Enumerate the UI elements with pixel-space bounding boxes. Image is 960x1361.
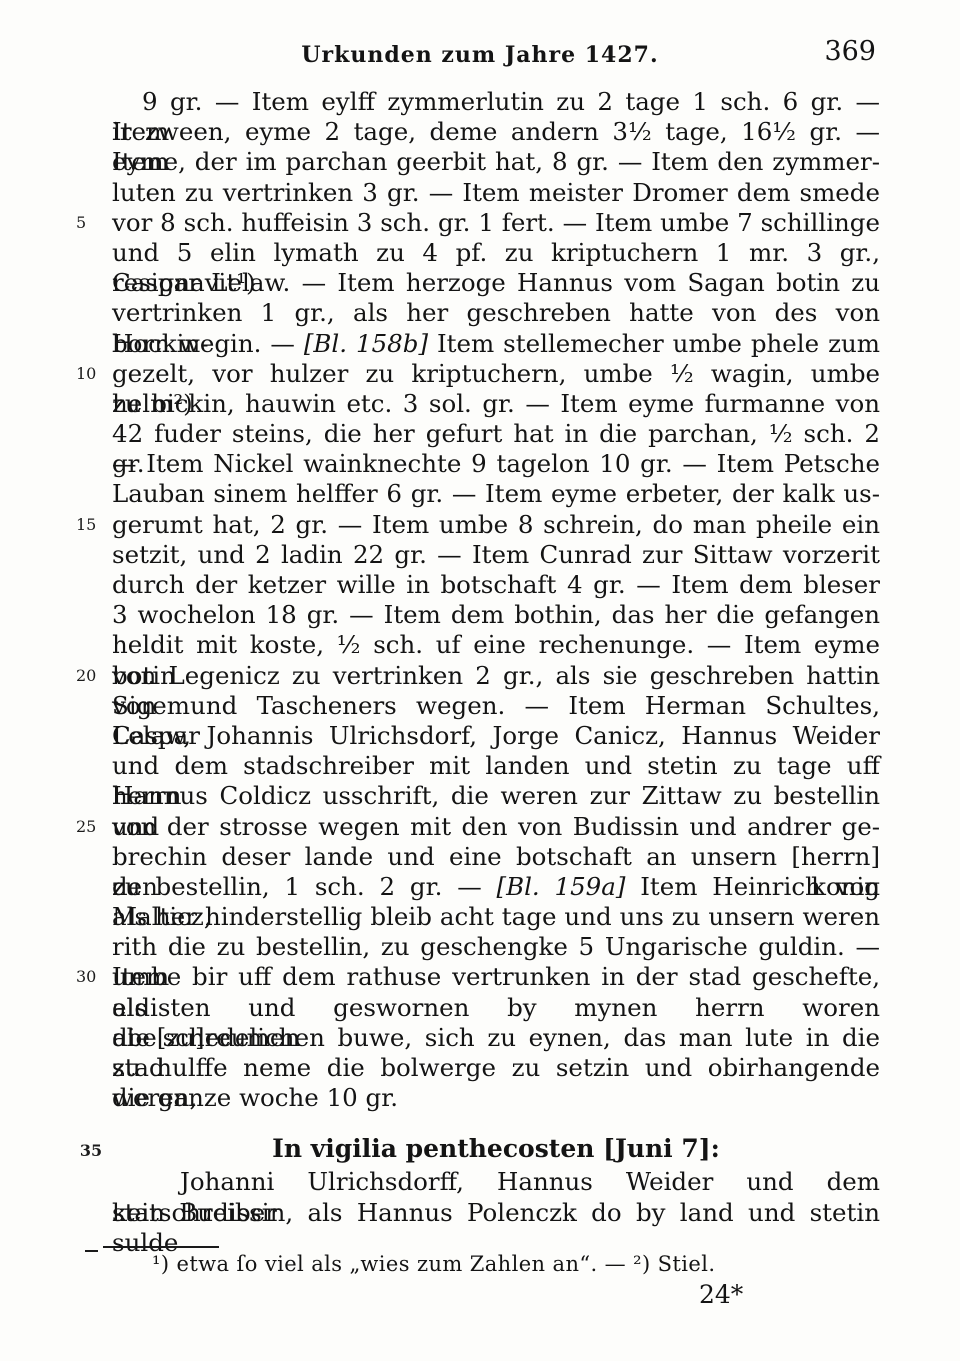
text-line: brechin deser lande und eine botschaft a… xyxy=(112,842,880,872)
section-heading: 35In vigilia penthecosten [Juni 7]: xyxy=(112,1131,880,1167)
margin-line-number: 15 xyxy=(76,510,106,540)
text-segment: born wegin. — xyxy=(112,329,304,358)
text-line: 15gerumt hat, 2 gr. — Item umbe 8 schrei… xyxy=(112,510,880,540)
text-segment: von der strosse wegen mit den von Budiss… xyxy=(112,812,880,841)
text-segment: Lauban sinem helffer 6 gr. — Item eyme e… xyxy=(112,479,880,508)
margin-line-number: 5 xyxy=(76,208,106,238)
text-line: als her hinderstellig bleib acht tage un… xyxy=(112,902,880,932)
folio-reference: [Bl. 159a] xyxy=(497,872,626,901)
signature-mark: 24* xyxy=(699,1280,743,1309)
text-line: ir zween, eyme 2 tage, deme andern 3½ ta… xyxy=(112,117,880,147)
text-line: Sigemund Tascheners wegen. — Item Herman… xyxy=(112,691,880,721)
text-segment: vor 8 sch. huffeisin 3 sch. gr. 1 fert. … xyxy=(112,208,880,237)
margin-line-number: 25 xyxy=(76,812,106,842)
text-line: Lelaw, Johannis Ulrichsdorf, Jorge Canic… xyxy=(112,721,880,751)
text-segment: — Item Nickel wainknechte 9 tagelon 10 g… xyxy=(112,449,880,478)
text-segment: 3 wochelon 18 gr. — Item dem bothin, das… xyxy=(112,600,880,629)
text-segment: gerumt hat, 2 gr. — Item umbe 8 schrein,… xyxy=(112,510,880,539)
text-line: 42 fuder steins, die her gefurt hat in d… xyxy=(112,419,880,449)
main-text-block: 9 gr. — Item eylff zymmerlutin zu 2 tage… xyxy=(112,87,880,1228)
footnote-separator-dash xyxy=(85,1250,98,1252)
margin-line-number: 10 xyxy=(76,359,106,389)
text-line: heldit mit koste, ½ sch. uf eine rechenu… xyxy=(112,630,880,660)
text-line: zu hulffe neme die bolwerge zu setzin un… xyxy=(112,1053,880,1083)
text-segment: zu bickin, hauwin etc. 3 sol. gr. — Item… xyxy=(112,389,880,418)
text-line: die ganze woche 10 gr. xyxy=(112,1083,880,1113)
text-line: und 5 elin lymath zu 4 pf. zu kriptucher… xyxy=(112,238,880,268)
text-line: 10gezelt, vor hulzer zu kriptuchern, umb… xyxy=(112,359,880,389)
text-line: born wegin. — [Bl. 158b] Item stellemech… xyxy=(112,329,880,359)
text-segment: die ganze woche 10 gr. xyxy=(112,1083,398,1112)
text-line: 9 gr. — Item eylff zymmerlutin zu 2 tage… xyxy=(112,87,880,117)
text-line: 25von der strosse wegen mit den von Budi… xyxy=(112,812,880,842)
footnote-separator-rule xyxy=(103,1246,219,1248)
margin-line-number: 20 xyxy=(76,661,106,691)
text-line: 30umbe bir uff dem rathuse vertrunken in… xyxy=(112,962,880,992)
text-line: Lauban sinem helffer 6 gr. — Item eyme e… xyxy=(112,479,880,509)
text-line: die schedelichen buwe, sich zu eynen, da… xyxy=(112,1023,880,1053)
text-segment: luten zu vertrinken 3 gr. — Item meister… xyxy=(112,178,880,207)
running-head-title: Urkunden zum Jahre 1427. xyxy=(301,42,658,68)
text-line: 5vor 8 sch. huffeisin 3 sch. gr. 1 fert.… xyxy=(112,208,880,238)
text-segment: als her hinderstellig bleib acht tage un… xyxy=(112,902,880,931)
text-line: rith die zu bestellin, zu geschengke 5 U… xyxy=(112,932,880,962)
text-segment: setzit, und 2 ladin 22 gr. — Item Cunrad… xyxy=(112,540,880,569)
text-line: kein Budissin, als Hannus Polenczk do by… xyxy=(112,1198,880,1228)
text-line: Johanni Ulrichsdorff, Hannus Weider und … xyxy=(112,1167,880,1197)
text-line: eldisten und geswornen by mynen herrn wo… xyxy=(112,993,880,1023)
text-line: Caspar Lelaw. — Item herzoge Hannus vom … xyxy=(112,268,880,298)
text-line: 3 wochelon 18 gr. — Item dem bothin, das… xyxy=(112,600,880,630)
text-segment: zu bestellin, 1 sch. 2 gr. — xyxy=(112,872,497,901)
text-line: — Item Nickel wainknechte 9 tagelon 10 g… xyxy=(112,449,880,479)
text-line: Hannus Coldicz usschrift, die weren zur … xyxy=(112,781,880,811)
text-line: luten zu vertrinken 3 gr. — Item meister… xyxy=(112,178,880,208)
text-line: vertrinken 1 gr., als her geschreben hat… xyxy=(112,298,880,328)
footnote-text: ¹) etwa ſo viel als „wies zum Zahlen an“… xyxy=(152,1252,715,1276)
page-number: 369 xyxy=(824,36,876,67)
text-segment: durch der ketzer wille in botschaft 4 gr… xyxy=(112,570,880,599)
book-page: Urkunden zum Jahre 1427. 369 9 gr. — Ite… xyxy=(0,0,960,1361)
text-line: durch der ketzer wille in botschaft 4 gr… xyxy=(112,570,880,600)
text-segment: Lelaw, Johannis Ulrichsdorf, Jorge Canic… xyxy=(112,721,880,750)
text-segment: Caspar Lelaw. — Item herzoge Hannus vom … xyxy=(112,268,880,297)
text-line: und dem stadschreiber mit landen und ste… xyxy=(112,751,880,781)
margin-line-number: 35 xyxy=(76,1131,106,1171)
margin-line-number: 30 xyxy=(76,962,106,992)
folio-reference: [Bl. 158b] xyxy=(304,329,428,358)
text-segment: eyme, der im parchan geerbit hat, 8 gr. … xyxy=(112,147,880,176)
text-line: setzit, und 2 ladin 22 gr. — Item Cunrad… xyxy=(112,540,880,570)
text-segment: In vigilia penthecosten [Juni 7]: xyxy=(272,1134,720,1163)
text-segment: kein Budissin, als Hannus Polenczk do by… xyxy=(112,1198,880,1257)
text-line: zu bestellin, 1 sch. 2 gr. — [Bl. 159a] … xyxy=(112,872,880,902)
text-line: 20von Legenicz zu vertrinken 2 gr., als … xyxy=(112,661,880,691)
text-segment: Item stellemecher umbe phele zum xyxy=(428,329,880,358)
text-line: zu bickin, hauwin etc. 3 sol. gr. — Item… xyxy=(112,389,880,419)
text-line: eyme, der im parchan geerbit hat, 8 gr. … xyxy=(112,147,880,177)
